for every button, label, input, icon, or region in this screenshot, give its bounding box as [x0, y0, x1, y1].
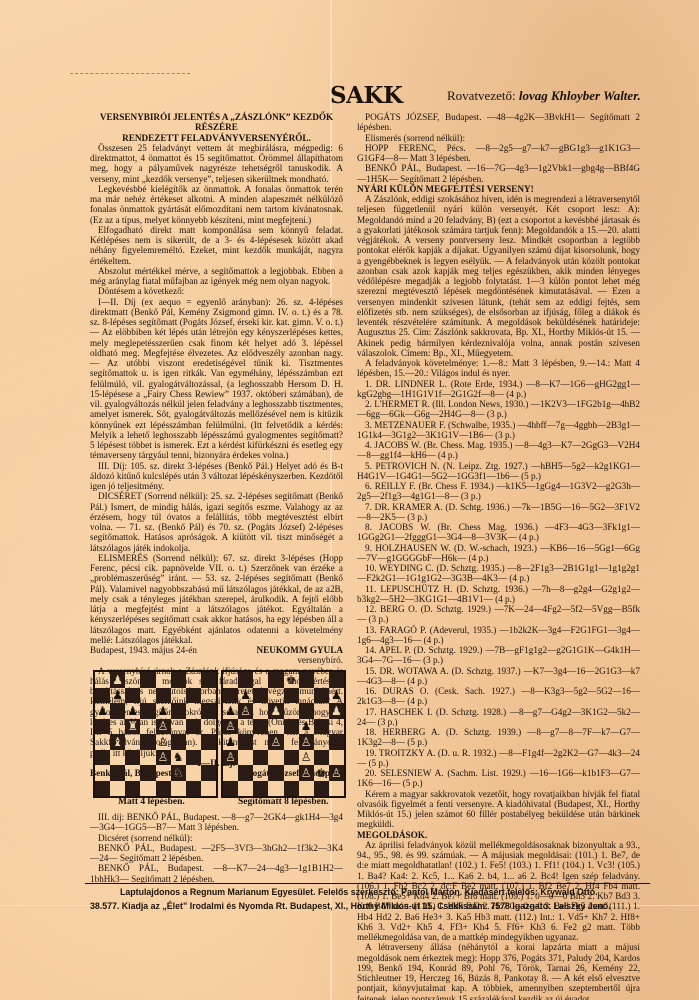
board-square	[329, 750, 344, 766]
board-square	[223, 781, 238, 797]
board-square	[110, 781, 125, 797]
problem-entry: 18. HERBERG A. (D. Schztg. 1939.) —8—g7—…	[357, 727, 640, 748]
board-square	[299, 688, 314, 704]
prize-entry: Dicséret (sorrend nélkül):	[90, 833, 343, 843]
board-square	[110, 765, 125, 781]
solutions-heading: MEGOLDÁSOK.	[357, 830, 640, 840]
board-square	[95, 765, 110, 781]
board-square	[110, 750, 125, 766]
board-square: ♙	[156, 750, 171, 766]
board-square: ♚	[314, 765, 329, 781]
board-square	[140, 750, 155, 766]
board-square	[186, 688, 201, 704]
board-square	[95, 781, 110, 797]
board-square	[125, 734, 140, 750]
board-square	[95, 672, 110, 688]
problem-entry: 8. JACOBS W. (Br. Chess Mag. 1936.) —4F3…	[357, 522, 640, 543]
board-square	[125, 688, 140, 704]
board-square	[171, 703, 186, 719]
board-square	[284, 765, 299, 781]
board-square	[171, 672, 186, 688]
board-square	[140, 688, 155, 704]
board-square	[253, 703, 268, 719]
board-square: ♝	[110, 734, 125, 750]
report-paragraph: DICSÉRET (Sorrend nélkül): 25. sz. 2-lép…	[90, 491, 343, 553]
board-square	[140, 734, 155, 750]
problem-entry: 2. L'HERMET R. (Ill. London News, 1930.)…	[357, 399, 640, 420]
problem-entry: 13. FARAGÓ P. (Adeverul, 1935.) —1b2k2K—…	[357, 625, 640, 646]
board-square	[268, 688, 283, 704]
board-square	[268, 672, 283, 688]
board-square	[140, 765, 155, 781]
board-square	[140, 719, 155, 735]
prize-entry: POGÁTS JÓZSEF, Budapest. —48—4g2K—3BvkH1…	[357, 112, 640, 133]
board-square: ♟	[223, 703, 238, 719]
board-square	[171, 688, 186, 704]
board-square	[329, 672, 344, 688]
column-editor: Rovatvezető: lovag Khloyber Walter.	[447, 88, 641, 104]
report-paragraph: III. Díj: 105. sz. direkt 3-lépéses (Ben…	[90, 461, 343, 492]
board-square	[299, 781, 314, 797]
board-square	[314, 688, 329, 704]
board-square	[223, 672, 238, 688]
chess-diagrams: ♟♟♟♟♟♜♙♝♙♙♞♘ ♚♟♟♟♙♟♟♙♟♟♙♙♙♙♙♚♙ Matt 4 lé…	[93, 670, 348, 800]
board-square: ♟	[110, 688, 125, 704]
report-subheading: RENDEZETT FELADVÁNYVERSENYÉRŐL.	[90, 133, 343, 143]
board-square	[156, 781, 171, 797]
board-square: ♟	[223, 734, 238, 750]
report-paragraph: Abszolut mértékkel mérve, a segítőmattok…	[90, 266, 343, 287]
board-square: ♟	[329, 703, 344, 719]
board-square	[186, 672, 201, 688]
board-square	[238, 672, 253, 688]
board-square	[201, 703, 216, 719]
board-square	[284, 734, 299, 750]
problem-entry: 4. JACOBS W. (Br. Chess. Mag. 1935.) —8—…	[357, 440, 640, 461]
board-square	[201, 719, 216, 735]
signature-role: versenybíró.	[90, 655, 343, 665]
problem-entry: 5. PETROVICH N. (N. Leipz. Ztg. 1927.) —…	[357, 461, 640, 482]
board-square	[223, 765, 238, 781]
right-column: POGÁTS JÓZSEF, Budapest. —48—4g2K—3BvkH1…	[357, 112, 640, 1000]
board-square: ♙	[329, 765, 344, 781]
report-body: Összesen 25 feladványt vettem át megbirá…	[90, 143, 343, 645]
board-square	[284, 750, 299, 766]
chess-board-left: ♟♟♟♟♟♜♙♝♙♙♞♘	[93, 670, 218, 798]
footer-divider	[85, 883, 650, 884]
report-paragraph: Elfogadható direkt matt komponálása sem …	[90, 225, 343, 266]
report-paragraph: Legkevésbbé kielégítők az önmattok. A fo…	[90, 184, 343, 225]
board-square	[253, 672, 268, 688]
problem-entry: 15. DR. WOTAWA A. (D. Schztg. 1937.) —K7…	[357, 666, 640, 687]
board-square: ♘	[171, 765, 186, 781]
prize-entry: BENKŐ PÁL, Budapest. —2F5—3Vf3—3hGh2—1f3…	[90, 843, 343, 864]
board-square	[253, 734, 268, 750]
board-square	[253, 719, 268, 735]
board-square: ♙	[299, 750, 314, 766]
report-paragraph: Döntésem a következő:	[90, 286, 343, 296]
board-square	[186, 734, 201, 750]
board-square: ♟	[329, 688, 344, 704]
board-square: ♟	[268, 703, 283, 719]
problem-entry: 9. HOLZHAUSEN W. (D. W.-schach, 1923.) —…	[357, 543, 640, 564]
footer-publisher: Laptulajdonos a Regnum Marianum Egyesüle…	[120, 887, 598, 897]
editor-label: Rovatvezető:	[447, 88, 516, 103]
board-square	[238, 734, 253, 750]
board-square	[329, 734, 344, 750]
problem-entry: 7. DR. KRAMER A. (D. Schtg. 1936.) —7k—1…	[357, 502, 640, 523]
report-heading: VERSENYBIRÓI JELENTÉS A „ZÁSZLÓNK” KEZDŐ…	[90, 112, 343, 133]
board-square: ♙	[299, 765, 314, 781]
board-square	[110, 703, 125, 719]
board-square	[314, 781, 329, 797]
report-paragraph: I—II. Díj (ex aequo = egyenlő arányban):…	[90, 297, 343, 461]
board-square	[201, 750, 216, 766]
board-square	[329, 781, 344, 797]
board-square	[140, 703, 155, 719]
board-square	[238, 750, 253, 766]
board-square	[268, 765, 283, 781]
board-square: ♙	[156, 719, 171, 735]
board-square: ♙	[268, 734, 283, 750]
board-square	[284, 688, 299, 704]
contest-paragraph: A Zászlónk, eddigi szokásához híven, idé…	[357, 194, 640, 358]
right-top-entries: POGÁTS JÓZSEF, Budapest. —48—4g2K—3BvkH1…	[357, 112, 640, 184]
board-square	[268, 781, 283, 797]
prize-entry: BENKŐ PÁL, Budapest. —8—K7—24—4g3—1g1B1H…	[90, 863, 343, 884]
board-square	[171, 734, 186, 750]
ladder-paragraph: A létraverseny állása (néhánytól a korai…	[357, 942, 640, 1000]
board-square	[329, 719, 344, 735]
board-square	[314, 672, 329, 688]
problem-entry: 11. LEPUSCHÜTZ H. (D. Schztg. 1936.) —7h…	[357, 584, 640, 605]
problem-entry: 3. METZENAUER F. (Schwalbe, 1935.) —4hbf…	[357, 420, 640, 441]
board-square: ♙	[238, 703, 253, 719]
report-paragraph: Összesen 25 feladványt vettem át megbirá…	[90, 143, 343, 184]
board-square	[95, 719, 110, 735]
board-square	[95, 750, 110, 766]
board-square	[201, 781, 216, 797]
board-square: ♟	[125, 703, 140, 719]
faint-print-line	[70, 73, 190, 74]
board-square	[171, 781, 186, 797]
board-square	[201, 688, 216, 704]
problem-entry: 19. TROITZKY A. (D. u. R. 1932.) —8—F1g4…	[357, 748, 640, 769]
board-square: ♙	[223, 750, 238, 766]
prize-entry: III. díj: BENKŐ PÁL, Budapest. —8—g7—2GK…	[90, 812, 343, 833]
board-square: ♙	[223, 719, 238, 735]
board-square	[125, 765, 140, 781]
prize-entry: HOPP FERENC, Pécs. —8—2g5—g7—k7—gBG1g3—g…	[357, 143, 640, 164]
contest-heading: NYÁRI KÜLÖN MEGFEJTÉSI VERSENY!	[357, 184, 640, 194]
signature-place-date: Budapest, 1943. május 24-énNEUKOMM GYULA	[90, 645, 343, 655]
problem-entry: 16. DURAS O. (Cesk. Sach. 1927.) —8—K3g3…	[357, 686, 640, 707]
board-square	[238, 719, 253, 735]
board-square	[253, 688, 268, 704]
board-square: ♜	[125, 719, 140, 735]
board-square	[110, 719, 125, 735]
board-square	[299, 703, 314, 719]
problem-entry: 20. SELESNIEW A. (Sachm. List. 1929.) —1…	[357, 768, 640, 789]
board-square	[314, 734, 329, 750]
request-paragraph: Kérem a magyar sakkrovatok vezetőit, hog…	[357, 789, 640, 830]
board-square	[125, 781, 140, 797]
problem-entry: 6. REILLY F. (Br. Chess F. 1934.) —k1K5—…	[357, 481, 640, 502]
problem-entry: 12. BERG O. (D. Schztg. 1929.) —7K—24—4F…	[357, 604, 640, 625]
problem-entry: 10. WEYDING C. (D. Schztg. 1935.) —8—2F1…	[357, 563, 640, 584]
board-square	[140, 781, 155, 797]
board-square	[171, 719, 186, 735]
board-square: ♙	[156, 734, 171, 750]
board-square	[125, 750, 140, 766]
board-square: ♟	[95, 703, 110, 719]
prize-entry: BENKŐ PÁL, Budapest. —16—7G—4g3—1g2Vbk1—…	[357, 163, 640, 184]
board-square	[284, 703, 299, 719]
board-square	[299, 672, 314, 688]
problem-entry: 17. HASCHEK I. (D. Schztg. 1928.) —8—g7—…	[357, 707, 640, 728]
board-square: ♟	[156, 703, 171, 719]
board-square: ♞	[171, 750, 186, 766]
board-square	[253, 765, 268, 781]
board-square	[95, 688, 110, 704]
footer-printer: 38.577. Kiadja az „Élet” Irodalmi és Nyo…	[90, 901, 611, 911]
board-square: ♙	[299, 734, 314, 750]
board-square	[223, 688, 238, 704]
signature-name: NEUKOMM GYULA	[256, 645, 343, 655]
board-square	[268, 719, 283, 735]
board-square: ♟	[299, 719, 314, 735]
board-square	[314, 719, 329, 735]
board-square	[186, 703, 201, 719]
problem-list: 1. DR. LINDNER L. (Rote Erde, 1934.) —8—…	[357, 379, 640, 789]
board-square	[156, 765, 171, 781]
report-paragraph: ELISMERÉS (Sorrend nélkül): 67. sz. dire…	[90, 553, 343, 645]
requirements: A feladványok követelménye: 1.—8.: Matt …	[357, 358, 640, 379]
board-left-caption: Matt 4 lépésben.	[118, 797, 185, 807]
board-square	[253, 750, 268, 766]
board-square	[156, 672, 171, 688]
board-square	[156, 688, 171, 704]
chess-board-right: ♚♟♟♟♙♟♟♙♟♟♙♙♙♙♙♚♙	[221, 670, 346, 798]
prize-list: III. díj: BENKŐ PÁL, Budapest. —8—g7—2GK…	[90, 812, 343, 884]
board-square	[314, 703, 329, 719]
problem-entry: 1. DR. LINDNER L. (Rote Erde, 1934.) —8—…	[357, 379, 640, 400]
board-square	[201, 672, 216, 688]
board-right-caption: Segítőmatt 8 lépésben.	[238, 797, 329, 807]
board-square	[186, 750, 201, 766]
section-title: SAKK	[330, 82, 402, 109]
prize-entry: Elismerés (sorrend nélkül):	[357, 133, 640, 143]
board-square	[268, 750, 283, 766]
board-square	[95, 734, 110, 750]
board-square	[201, 765, 216, 781]
board-square	[186, 781, 201, 797]
board-square	[125, 672, 140, 688]
editor-name: lovag Khloyber Walter.	[519, 88, 641, 103]
board-square: ♟	[110, 672, 125, 688]
board-square	[238, 765, 253, 781]
board-square	[140, 672, 155, 688]
board-square	[186, 765, 201, 781]
board-square	[201, 734, 216, 750]
board-square	[186, 719, 201, 735]
board-square: ♟	[238, 688, 253, 704]
board-square: ♚	[284, 672, 299, 688]
board-square	[253, 781, 268, 797]
board-square	[284, 781, 299, 797]
board-square	[238, 781, 253, 797]
board-square	[284, 719, 299, 735]
board-square	[314, 750, 329, 766]
problem-entry: 14. APEL P. (D. Schztg. 1929.) —7B—gF1g1…	[357, 645, 640, 666]
